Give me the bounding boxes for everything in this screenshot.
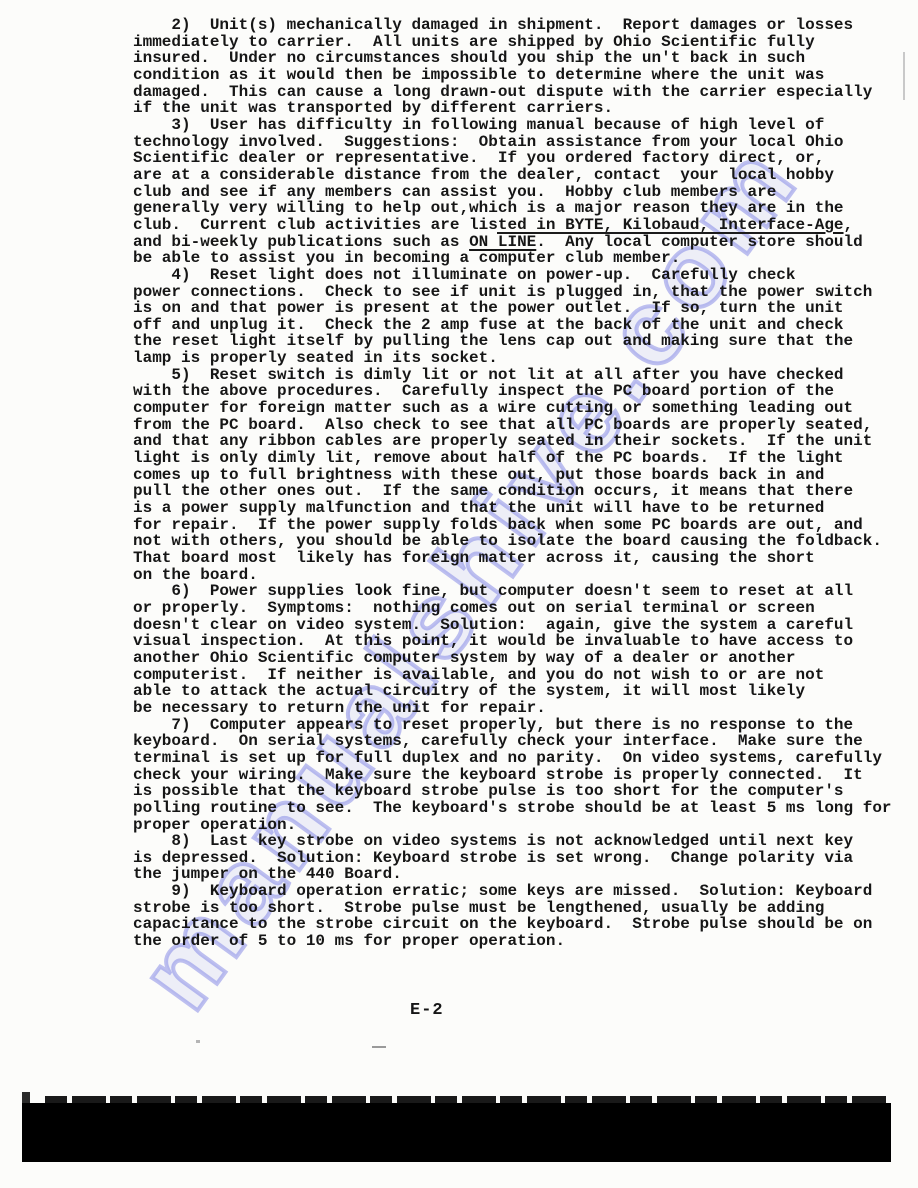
text-line: light is only dimly lit, remove about ha…: [133, 450, 892, 467]
text-line: or properly. Symptoms: nothing comes out…: [133, 600, 892, 617]
text-line: comes up to full brightness with these o…: [133, 467, 892, 484]
text-line: strobe is too short. Strobe pulse must b…: [133, 900, 892, 917]
text-line: That board most likely has foreign matte…: [133, 550, 892, 567]
text-line: capacitance to the strobe circuit on the…: [133, 916, 892, 933]
paragraph: 6) Power supplies look fine, but compute…: [133, 583, 892, 716]
paragraph: 5) Reset switch is dimly lit or not lit …: [133, 367, 892, 584]
text-line: keyboard. On serial systems, carefully c…: [133, 733, 892, 750]
text-line: check your wiring. Make sure the keyboar…: [133, 767, 892, 784]
scan-artifact-line: [497, 232, 815, 234]
text-line: is depressed. Solution: Keyboard strobe …: [133, 850, 892, 867]
text-line: on the board.: [133, 567, 892, 584]
paragraph: 7) Computer appears to reset properly, b…: [133, 717, 892, 834]
text-line: 7) Computer appears to reset properly, b…: [133, 717, 892, 734]
text-line: visual inspection. At this point, it wou…: [133, 633, 892, 650]
paragraph: 9) Keyboard operation erratic; some keys…: [133, 883, 892, 950]
text-line: insured. Under no circumstances should y…: [133, 50, 892, 67]
underlined-text: ON LINE: [469, 233, 536, 251]
text-line: damaged. This can cause a long drawn-out…: [133, 84, 892, 101]
text-line: 9) Keyboard operation erratic; some keys…: [133, 883, 892, 900]
text-line: another Ohio Scientific computer system …: [133, 650, 892, 667]
text-line: lamp is properly seated in its socket.: [133, 350, 892, 367]
text-line: is on and that power is present at the p…: [133, 300, 892, 317]
paragraph: 3) User has difficulty in following manu…: [133, 117, 892, 267]
text-line: be necessary to return the unit for repa…: [133, 700, 892, 717]
text-line: condition as it would then be impossible…: [133, 67, 892, 84]
text-line: computerist. If neither is available, an…: [133, 667, 892, 684]
paragraph: 4) Reset light does not illuminate on po…: [133, 267, 892, 367]
text-line: 8) Last key strobe on video systems is n…: [133, 833, 892, 850]
text-line: be able to assist you in becoming a comp…: [133, 250, 892, 267]
text-line: 4) Reset light does not illuminate on po…: [133, 267, 892, 284]
text-line: club and see if any members can assist y…: [133, 184, 892, 201]
text-line: with the above procedures. Carefully ins…: [133, 383, 892, 400]
text-line: if the unit was transported by different…: [133, 100, 892, 117]
text-line: proper operation.: [133, 817, 892, 834]
paragraph: 2) Unit(s) mechanically damaged in shipm…: [133, 17, 892, 117]
text-line: from the PC board. Also check to see tha…: [133, 417, 892, 434]
text-line: not with others, you should be able to i…: [133, 533, 892, 550]
document-body: 2) Unit(s) mechanically damaged in shipm…: [133, 17, 892, 950]
text-line: is a power supply malfunction and that t…: [133, 500, 892, 517]
text-line: able to attack the actual circuitry of t…: [133, 683, 892, 700]
redaction-bar: [22, 1103, 891, 1162]
scan-speck: [372, 1046, 386, 1048]
text-line: is possible that the keyboard strobe pul…: [133, 783, 892, 800]
text-line: 3) User has difficulty in following manu…: [133, 117, 892, 134]
text-line: off and unplug it. Check the 2 amp fuse …: [133, 317, 892, 334]
paragraph: 8) Last key strobe on video systems is n…: [133, 833, 892, 883]
text-line: 5) Reset switch is dimly lit or not lit …: [133, 367, 892, 384]
page-number: E-2: [410, 1001, 444, 1020]
text-line: technology involved. Suggestions: Obtain…: [133, 134, 892, 151]
text-line: doesn't clear on video system. Solution:…: [133, 617, 892, 634]
text-line: for repair. If the power supply folds ba…: [133, 517, 892, 534]
text-line: terminal is set up for full duplex and n…: [133, 750, 892, 767]
text-line: pull the other ones out. If the same con…: [133, 483, 892, 500]
text-line: 2) Unit(s) mechanically damaged in shipm…: [133, 17, 892, 34]
text-line: computer for foreign matter such as a wi…: [133, 400, 892, 417]
text-line: power connections. Check to see if unit …: [133, 284, 892, 301]
text-line: the reset light itself by pulling the le…: [133, 333, 892, 350]
text-line: are at a considerable distance from the …: [133, 167, 892, 184]
scan-margin-mark: [903, 52, 905, 100]
text-line: polling routine to see. The keyboard's s…: [133, 800, 892, 817]
scanned-manual-page: manualshive.com 2) Unit(s) mechanically …: [0, 0, 918, 1188]
text-line: the jumper on the 440 Board.: [133, 866, 892, 883]
text-line: and that any ribbon cables are properly …: [133, 433, 892, 450]
text-line: 6) Power supplies look fine, but compute…: [133, 583, 892, 600]
text-line: immediately to carrier. All units are sh…: [133, 34, 892, 51]
text-line: and bi-weekly publications such as ON LI…: [133, 234, 892, 251]
text-line: Scientific dealer or representative. If …: [133, 150, 892, 167]
scan-speck: [196, 1040, 200, 1043]
text-line: the order of 5 to 10 ms for proper opera…: [133, 933, 892, 950]
text-line: generally very willing to help out,which…: [133, 200, 892, 217]
